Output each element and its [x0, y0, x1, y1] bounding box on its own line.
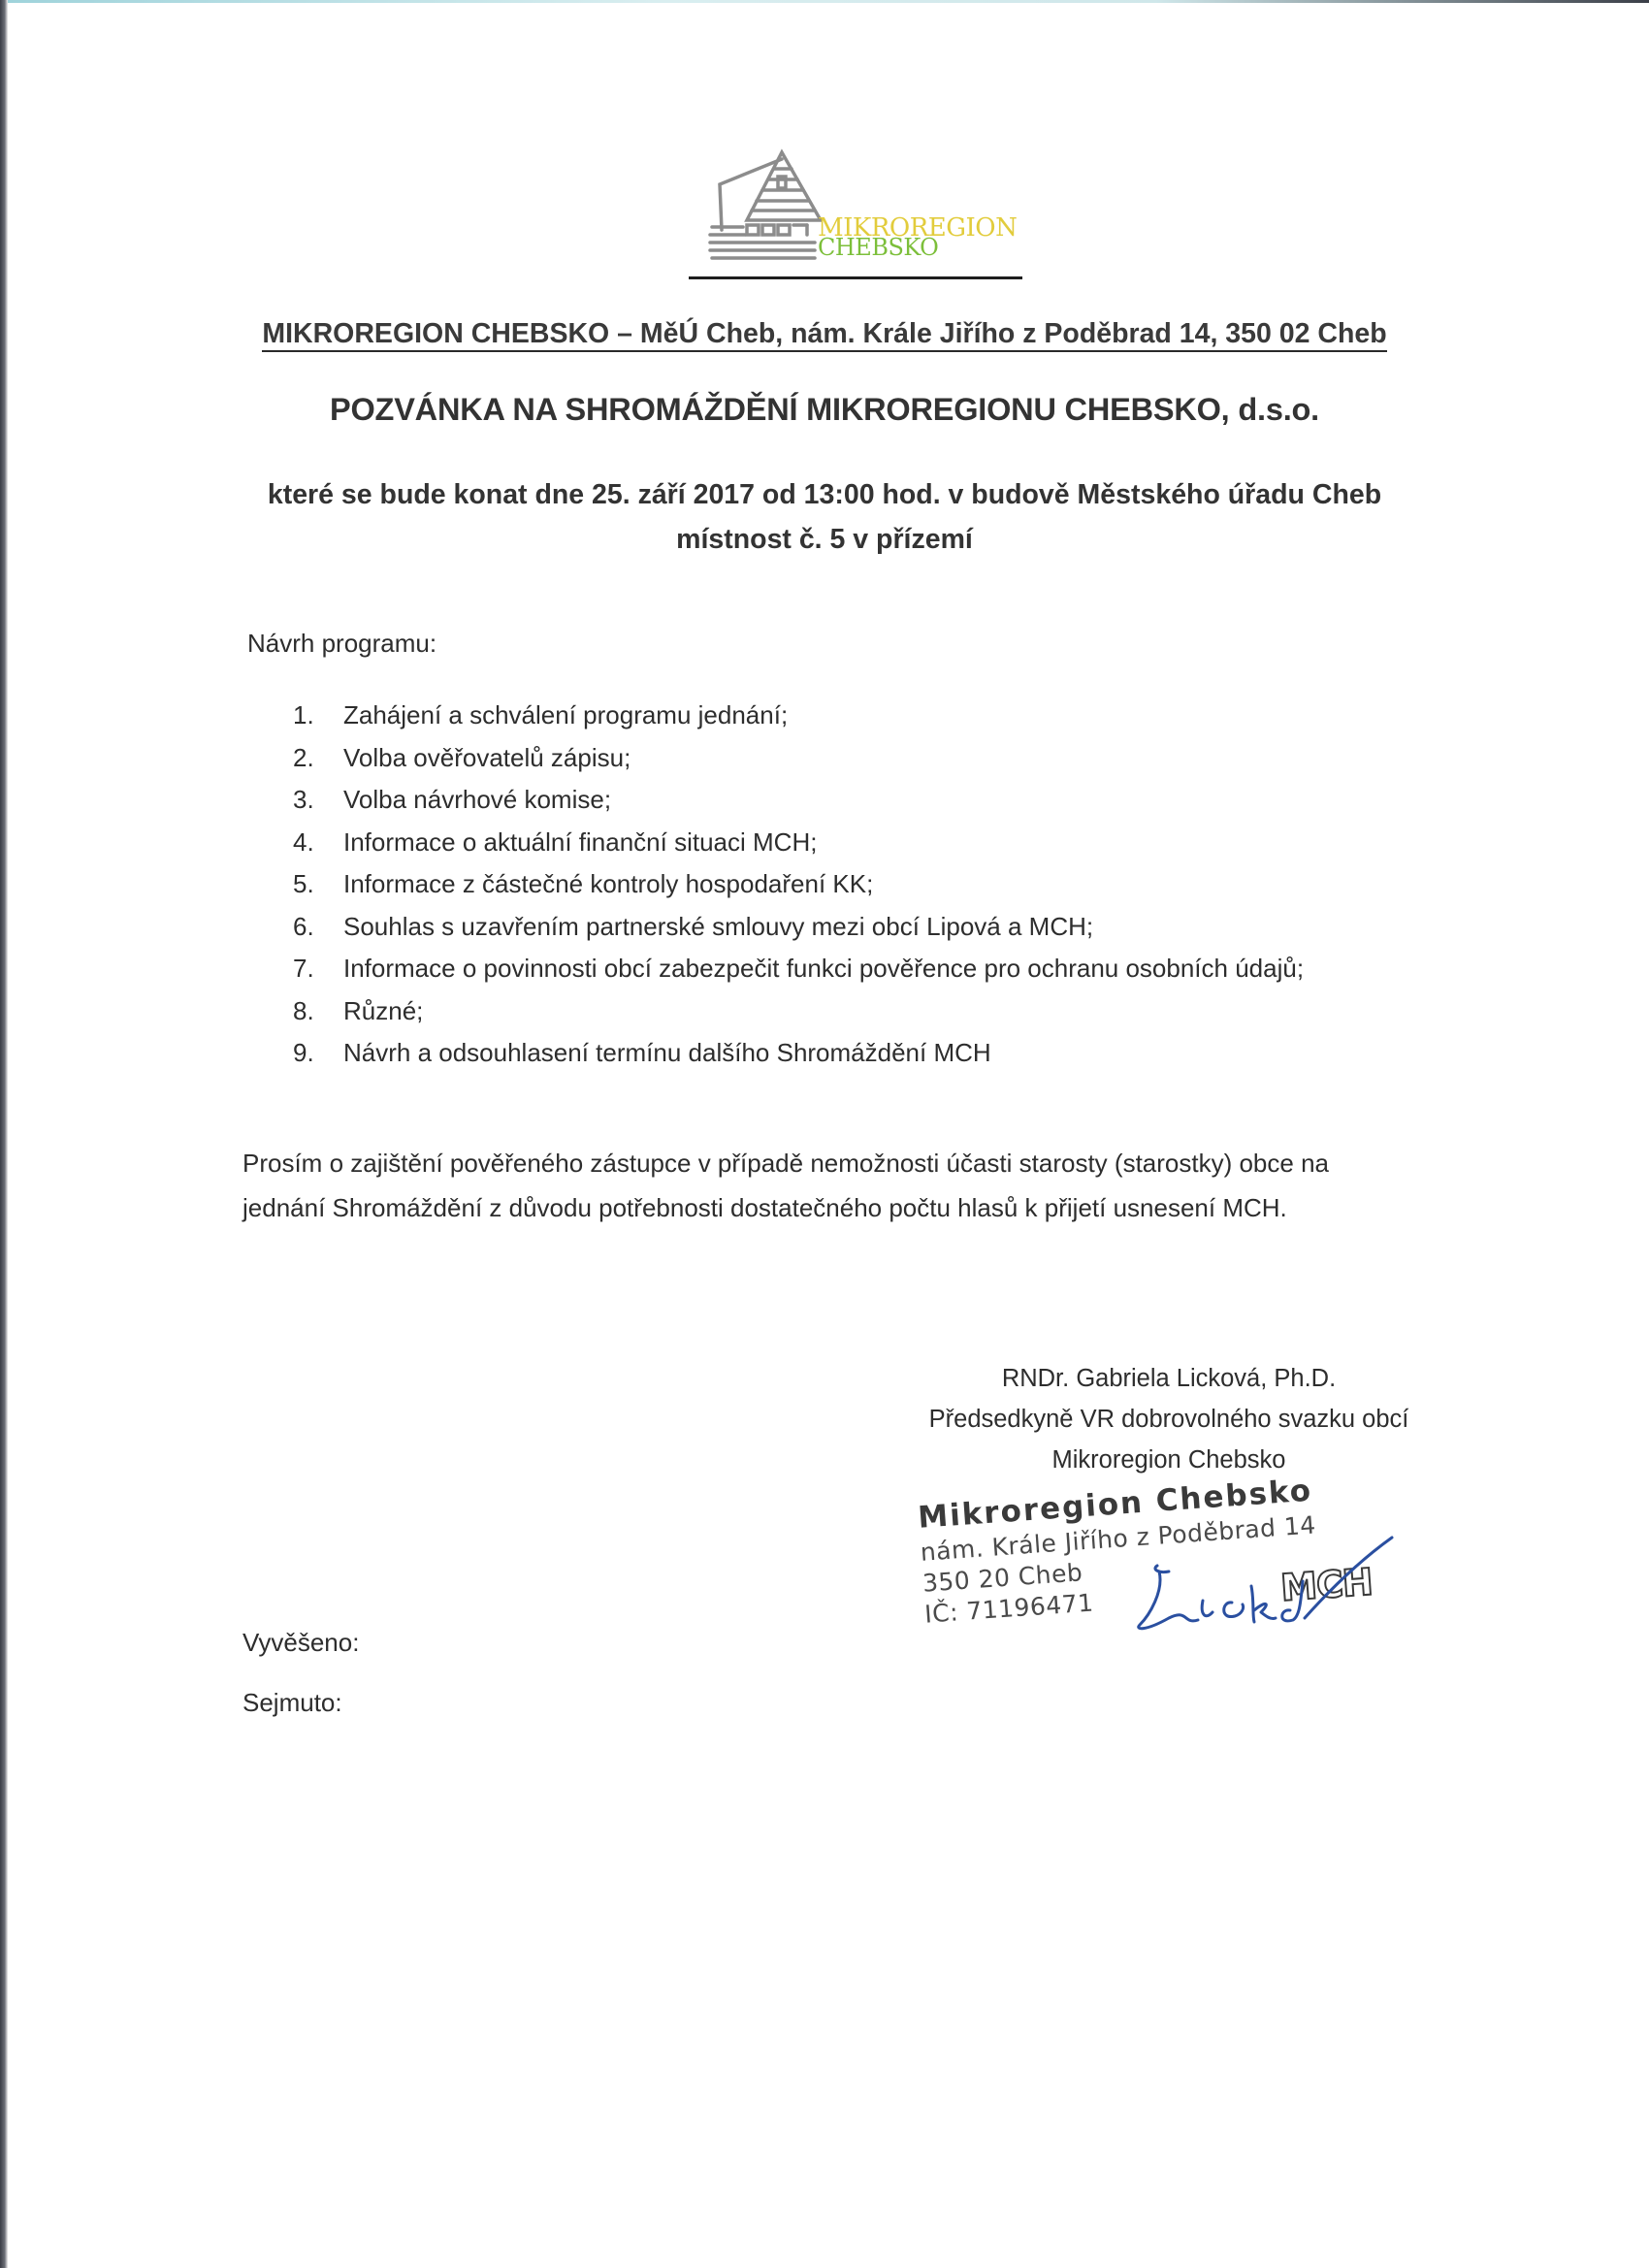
agenda-item-text: Volba návrhové komise;	[343, 785, 611, 814]
house-icon	[706, 147, 823, 264]
agenda-item-number: 5.	[293, 863, 343, 906]
attendance-note-line1: Prosím o zajištění pověřeného zástupce v…	[242, 1141, 1455, 1185]
meeting-date-location: které se bude konat dne 25. září 2017 od…	[0, 472, 1649, 517]
handwritten-signature-icon	[1130, 1533, 1402, 1649]
agenda-item-text: Informace z částečné kontroly hospodařen…	[343, 869, 873, 898]
signatory-organization: Mikroregion Chebsko	[854, 1440, 1484, 1480]
meeting-details: které se bude konat dne 25. září 2017 od…	[0, 472, 1649, 562]
agenda-item: 4.Informace o aktuální finanční situaci …	[293, 822, 1304, 864]
meeting-room: místnost č. 5 v přízemí	[0, 517, 1649, 562]
agenda-item-text: Zahájení a schválení programu jednání;	[343, 700, 788, 729]
agenda-item: 3.Volba návrhové komise;	[293, 779, 1304, 822]
attendance-note: Prosím o zajištění pověřeného zástupce v…	[242, 1141, 1455, 1230]
agenda-item-text: Souhlas s uzavřením partnerské smlouvy m…	[343, 912, 1093, 941]
agenda-item-number: 3.	[293, 779, 343, 822]
agenda-item: 1.Zahájení a schválení programu jednání;	[293, 695, 1304, 737]
agenda-item-text: Informace o povinnosti obcí zabezpečit f…	[343, 954, 1304, 983]
agenda-item: 7.Informace o povinnosti obcí zabezpečit…	[293, 948, 1304, 990]
agenda-item-text: Návrh a odsouhlasení termínu dalšího Shr…	[343, 1038, 991, 1067]
logo-text-chebsko: CHEBSKO	[818, 236, 938, 259]
agenda-item-number: 9.	[293, 1032, 343, 1075]
posted-date-label: Vyvěšeno:	[242, 1628, 359, 1658]
agenda-item: 2.Volba ověřovatelů zápisu;	[293, 737, 1304, 780]
logo-divider	[689, 276, 1022, 279]
agenda-item: 6.Souhlas s uzavřením partnerské smlouvy…	[293, 906, 1304, 949]
mikroregion-logo: MIKROREGION CHEBSKO	[706, 147, 1026, 264]
agenda-item-text: Volba ověřovatelů zápisu;	[343, 743, 630, 772]
agenda-item-number: 4.	[293, 822, 343, 864]
attendance-note-line2: jednání Shromáždění z důvodu potřebnosti…	[242, 1185, 1455, 1230]
agenda-item-number: 2.	[293, 737, 343, 780]
agenda-item-number: 6.	[293, 906, 343, 949]
scan-edge-top	[8, 0, 1649, 3]
agenda-item-number: 7.	[293, 948, 343, 990]
header-address-text: MIKROREGION CHEBSKO – MěÚ Cheb, nám. Krá…	[262, 318, 1386, 352]
signatory-role: Předsedkyně VR dobrovolného svazku obcí	[854, 1399, 1484, 1440]
agenda-item-number: 8.	[293, 990, 343, 1033]
agenda-item: 5.Informace z částečné kontroly hospodař…	[293, 863, 1304, 906]
header-address: MIKROREGION CHEBSKO – MěÚ Cheb, nám. Krá…	[0, 318, 1649, 350]
program-heading: Návrh programu:	[247, 629, 436, 659]
removed-date-label: Sejmuto:	[242, 1688, 342, 1718]
agenda-list: 1.Zahájení a schválení programu jednání;…	[293, 695, 1304, 1075]
agenda-item: 8.Různé;	[293, 990, 1304, 1033]
signature-block: RNDr. Gabriela Licková, Ph.D. Předsedkyn…	[854, 1358, 1484, 1480]
agenda-item-text: Různé;	[343, 996, 423, 1025]
agenda-item-text: Informace o aktuální finanční situaci MC…	[343, 827, 817, 857]
agenda-item-number: 1.	[293, 695, 343, 737]
document-title: POZVÁNKA NA SHROMÁŽDĚNÍ MIKROREGIONU CHE…	[0, 392, 1649, 428]
agenda-item: 9.Návrh a odsouhlasení termínu dalšího S…	[293, 1032, 1304, 1075]
signatory-name: RNDr. Gabriela Licková, Ph.D.	[854, 1358, 1484, 1399]
